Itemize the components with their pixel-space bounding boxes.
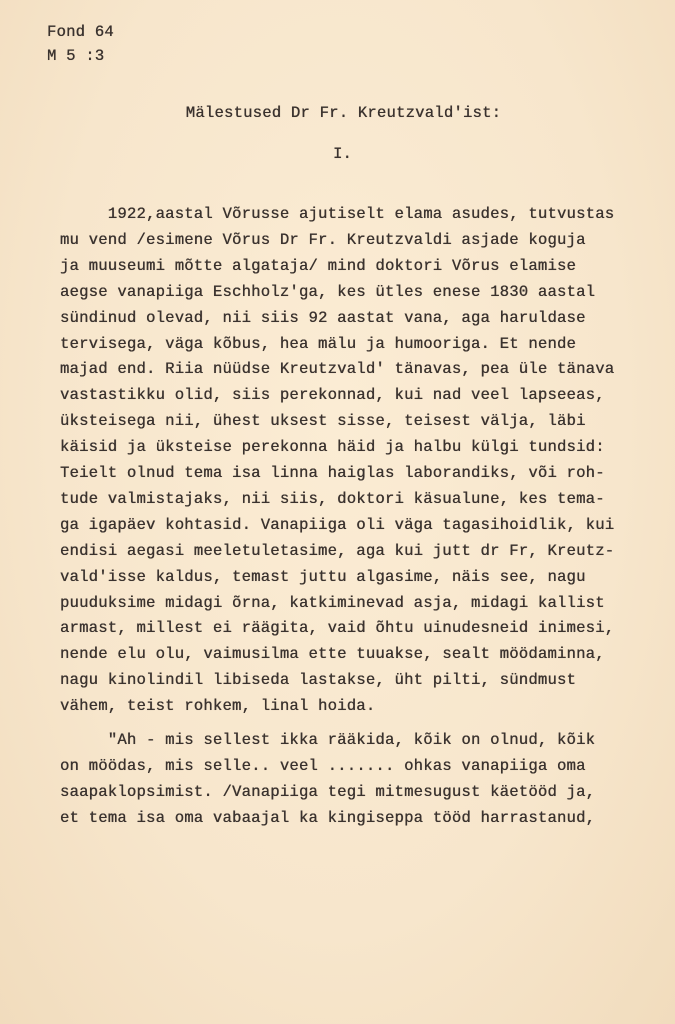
body-text-line: nende elu olu, vaimusilma ette tuuakse, … [60, 645, 605, 663]
body-text-line: ja muuseumi mõtte algataja/ mind doktori… [60, 257, 576, 275]
body-text-line: et tema isa oma vabaajal ka kingiseppa t… [60, 809, 595, 827]
section-number: I. [0, 145, 675, 163]
body-text-line: tervisega, väga kõbus, hea mälu ja humoo… [60, 335, 576, 353]
document-title: Mälestused Dr Fr. Kreutzvald'ist: [0, 104, 675, 122]
archive-item-label: M 5 :3 [47, 46, 104, 66]
body-text-line: "Ah - mis sellest ikka rääkida, kõik on … [60, 731, 595, 749]
body-text-line: on möödas, mis selle.. veel ....... ohka… [60, 757, 586, 775]
body-text-line: saapaklopsimist. /Vanapiiga tegi mitmesu… [60, 783, 595, 801]
body-text-line: nagu kinolindil libiseda lastakse, üht p… [60, 671, 576, 689]
body-text-line: vähem, teist rohkem, linal hoida. [60, 697, 375, 715]
body-text-line: 1922,aastal Võrusse ajutiselt elama asud… [60, 205, 614, 223]
body-text-line: vastastikku olid, siis perekonnad, kui n… [60, 386, 605, 404]
body-text-line: puuduksime midagi õrna, katkiminevad asj… [60, 594, 605, 612]
body-text-line: tude valmistajaks, nii siis, doktori käs… [60, 490, 605, 508]
body-text-line: aegse vanapiiga Eschholz'ga, kes ütles e… [60, 283, 595, 301]
body-text-line: käisid ja üksteise perekonna häid ja hal… [60, 438, 605, 456]
document-page: Fond 64 M 5 :3 Mälestused Dr Fr. Kreutzv… [0, 0, 675, 1024]
body-text-line: üksteisega nii, ühest uksest sisse, teis… [60, 412, 586, 430]
body-text-line: endisi aegasi meeletuletasime, aga kui j… [60, 542, 614, 560]
body-text-line: Teielt olnud tema isa linna haiglas labo… [60, 464, 605, 482]
archive-fond-label: Fond 64 [47, 22, 114, 42]
body-text-line: sündinud olevad, nii siis 92 aastat vana… [60, 309, 586, 327]
body-text-line: vald'isse kaldus, temast juttu algasime,… [60, 568, 586, 586]
body-text-line: armast, millest ei räägita, vaid õhtu ui… [60, 619, 614, 637]
body-text-line: majad end. Riia nüüdse Kreutzvald' tänav… [60, 360, 614, 378]
body-text-line: mu vend /esimene Võrus Dr Fr. Kreutzvald… [60, 231, 586, 249]
body-text-line: ga igapäev kohtasid. Vanapiiga oli väga … [60, 516, 614, 534]
